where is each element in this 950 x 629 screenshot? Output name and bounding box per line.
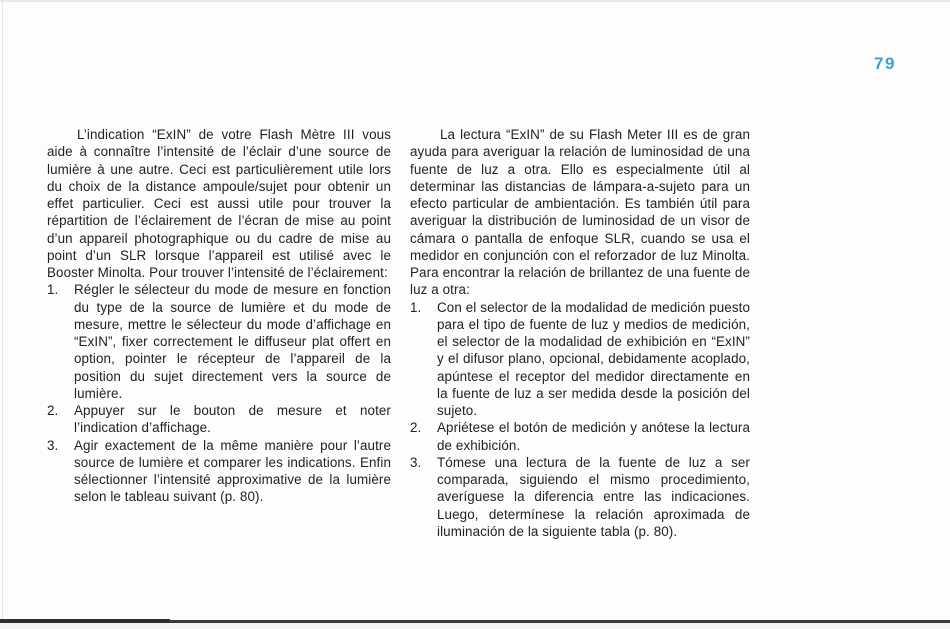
french-intro-paragraph: L’indication “ExIN” de votre Flash Mètre… <box>47 126 391 281</box>
list-item: 3. Tómese una lectura de la fuente de lu… <box>410 454 750 540</box>
spanish-column: La lectura “ExIN” de su Flash Meter III … <box>410 126 750 540</box>
scanned-manual-page: 79 L’indication “ExIN” de votre Flash Mè… <box>0 0 950 629</box>
list-item: 3. Agir exactement de la même manière po… <box>47 437 391 506</box>
list-item: 2. Apriétese el botón de medición y anót… <box>410 419 750 454</box>
list-item-number: 1. <box>410 299 437 316</box>
list-item: 1. Régler le sélecteur du mode de mesure… <box>47 281 391 402</box>
french-column: L’indication “ExIN” de votre Flash Mètre… <box>47 126 391 506</box>
french-steps-list: 1. Régler le sélecteur du mode de mesure… <box>47 281 391 505</box>
list-item-number: 3. <box>410 454 437 471</box>
list-item-number: 2. <box>47 402 74 419</box>
list-item-text: Tómese una lectura de la fuente de luz a… <box>437 454 750 540</box>
list-item-text: Régler le sélecteur du mode de mesure en… <box>74 281 391 402</box>
list-item-text: Appuyer sur le bouton de mesure et noter… <box>74 402 391 437</box>
page-number: 79 <box>874 54 896 74</box>
list-item-text: Apriétese el botón de medición y anótese… <box>437 419 750 454</box>
list-item-text: Agir exactement de la même manière pour … <box>74 437 391 506</box>
list-item: 2. Appuyer sur le bouton de mesure et no… <box>47 402 391 437</box>
spanish-steps-list: 1. Con el selector de la modalidad de me… <box>410 299 750 541</box>
scan-top-edge <box>0 0 950 2</box>
scan-left-edge <box>2 0 3 620</box>
list-item-number: 3. <box>47 437 74 454</box>
scan-area-below-page <box>0 623 950 629</box>
list-item-text: Con el selector de la modalidad de medic… <box>437 299 750 420</box>
list-item-number: 2. <box>410 419 437 436</box>
list-item: 1. Con el selector de la modalidad de me… <box>410 299 750 420</box>
spanish-intro-paragraph: La lectura “ExIN” de su Flash Meter III … <box>410 126 750 299</box>
list-item-number: 1. <box>47 281 74 298</box>
